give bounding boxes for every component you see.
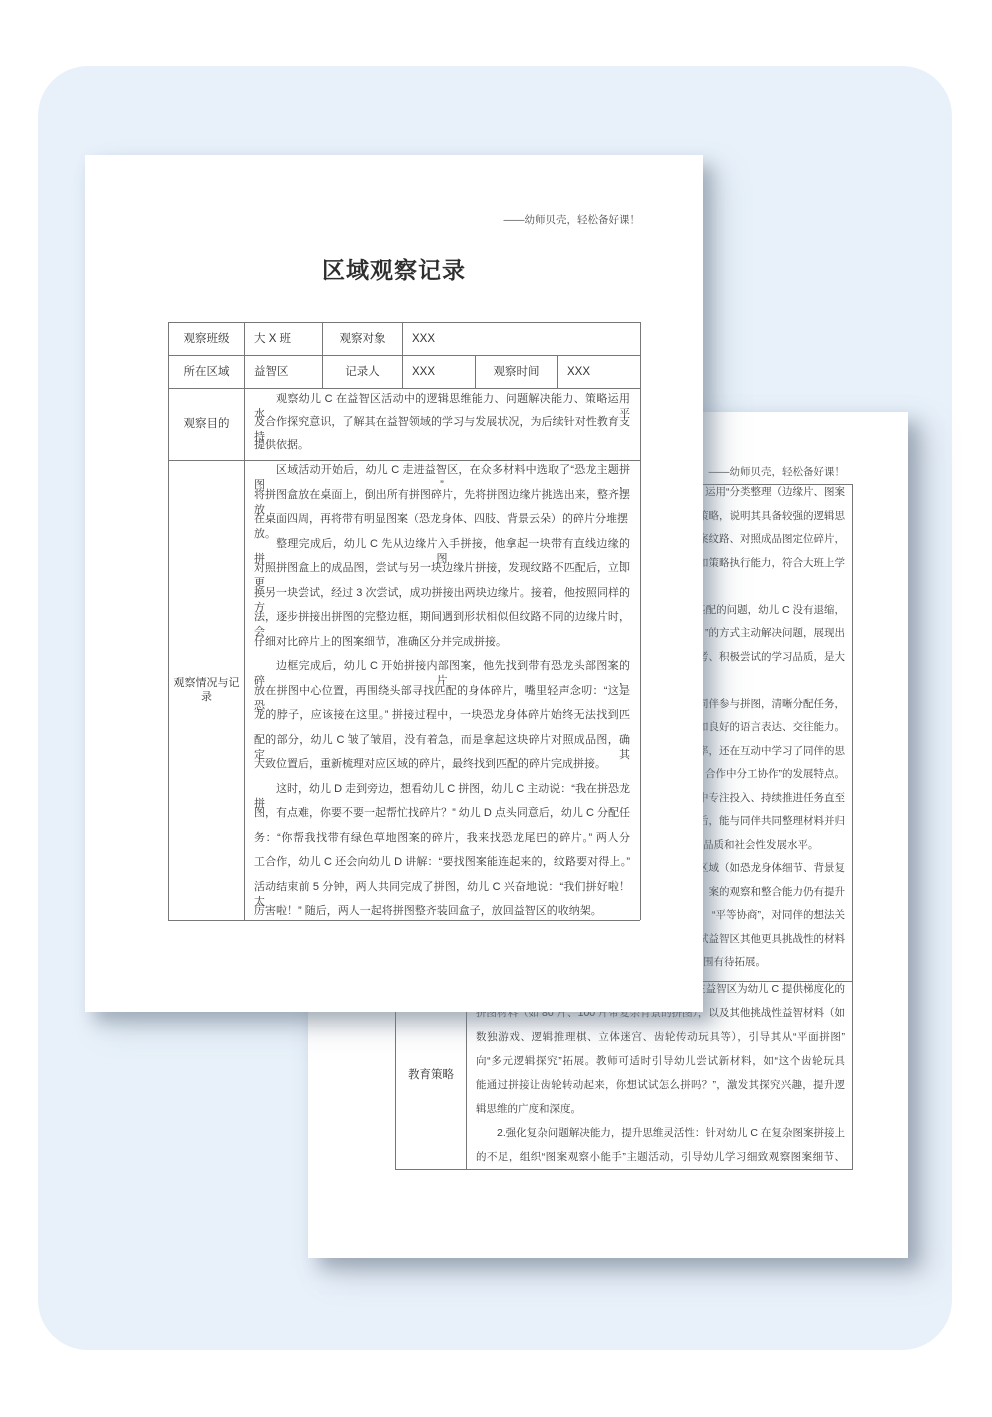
- text-line: 法，逐步拼接出拼图的完整边框，期间遇到形状相似但纹路不同的边缘片时，会: [254, 610, 630, 625]
- text-line: 换另一块尝试，经过 3 次尝试，成功拼接出两块边缘片。接着，他按照同样的方: [254, 586, 630, 601]
- text-line: 边框完成后，幼儿 C 开始拼接内部图案，他先找到带有恐龙头部图案的碎片，: [254, 659, 630, 674]
- document-page-1: ——幼师贝壳，轻松备好课！ 区域观察记录 观察班级 大 X 班 观察对象 XXX…: [85, 155, 703, 1012]
- text-line: 这时，幼儿 D 走到旁边，想看幼儿 C 拼图，幼儿 C 主动说：“我在拼恐龙拼: [254, 782, 630, 797]
- text-line: 数独游戏、逻辑推理棋、立体迷宫、齿轮传动玩具等），引导其从“平面拼图”: [476, 1030, 845, 1045]
- text-line: 大致位置后，重新梳理对应区域的碎片，最终找到匹配的碎片完成拼接。: [254, 757, 630, 772]
- text-line: 对照拼图盒上的成品图，尝试与另一块边缘片拼接，发现纹路不匹配后，立即更: [254, 561, 630, 576]
- app-background: { "background": { "panel_color": "#e8f1f…: [0, 0, 992, 1417]
- text-line: 向“多元逻辑探究”拓展。教师可适时引导幼儿尝试新材料，如“这个齿轮玩具: [476, 1054, 845, 1069]
- text-line: 将拼图盒放在桌面上，倒出所有拼图碎片，先将拼图边缘片挑选出来，整齐摆放: [254, 488, 630, 503]
- text-line: 仔细对比碎片上的图案细节，准确区分并完成拼接。: [254, 635, 630, 650]
- text-line: 务：“你帮我找带有绿色草地图案的碎片，我来找恐龙尾巴的碎片。” 两人分: [254, 831, 630, 846]
- text-line: 图，有点难，你要不要一起帮忙找碎片？” 幼儿 D 点头同意后，幼儿 C 分配任: [254, 806, 630, 821]
- text-line: 在桌面四周，再将带有明显图案（恐龙身体、四肢、背景云朵）的碎片分堆摆放。: [254, 512, 630, 527]
- text-line: 辑思维的广度和深度。: [476, 1102, 845, 1117]
- text-line: 龙的脖子，应该接在这里。” 拼接过程中，一块恐龙身体碎片始终无法找到匹: [254, 708, 630, 723]
- text-line: 在益智区为幼儿 C 提供梯度化的: [695, 982, 845, 997]
- text-line: 区域活动开始后，幼儿 C 走进益智区，在众多材料中选取了“恐龙主题拼图”，: [254, 463, 630, 478]
- text-line: 放在拼图中心位置，再围绕头部寻找匹配的身体碎片，嘴里轻声念叨：“这是恐: [254, 684, 630, 699]
- text-line: 厉害啦！” 随后，两人一起将拼图整齐装回盒子，放回益智区的收纳架。: [254, 904, 630, 919]
- p1-record-text: 区域活动开始后，幼儿 C 走进益智区，在众多材料中选取了“恐龙主题拼图”，将拼图…: [85, 155, 703, 1012]
- text-line: 2.强化复杂问题解决能力，提升思维灵活性：针对幼儿 C 在复杂图案拼接上: [476, 1126, 845, 1141]
- text-line: 活动结束前 5 分钟，两人共同完成了拼图，幼儿 C 兴奋地说：“我们拼好啦！太: [254, 880, 630, 895]
- text-line: 工合作，幼儿 C 还会向幼儿 D 讲解：“要找图案能连起来的，纹路要对得上。”: [254, 855, 630, 870]
- text-line: 整理完成后，幼儿 C 先从边缘片入手拼接，他拿起一块带有直线边缘的拼图，: [254, 537, 630, 552]
- text-line: 配的部分，幼儿 C 皱了皱眉，没有着急，而是拿起这块碎片对照成品图，确定其: [254, 733, 630, 748]
- text-line: 能通过拼接让齿轮转动起来，你想试试怎么拼吗？”，激发其探究兴趣，提升逻: [476, 1078, 845, 1093]
- text-line: 的不足，组织“图案观察小能手”主题活动，引导幼儿学习细致观察图案细节、: [476, 1150, 845, 1165]
